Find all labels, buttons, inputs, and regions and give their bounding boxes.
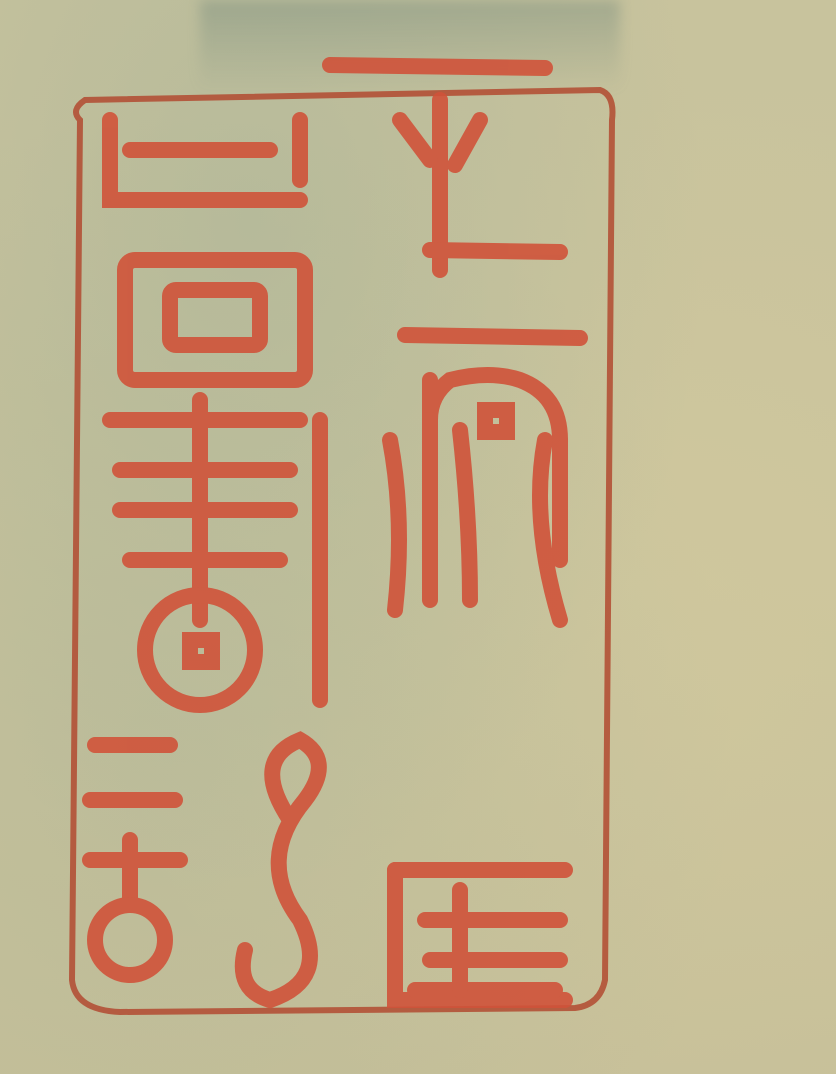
seal-impression: [0, 0, 836, 1074]
seal-characters: [90, 65, 580, 1000]
paper-background: [0, 0, 836, 1074]
